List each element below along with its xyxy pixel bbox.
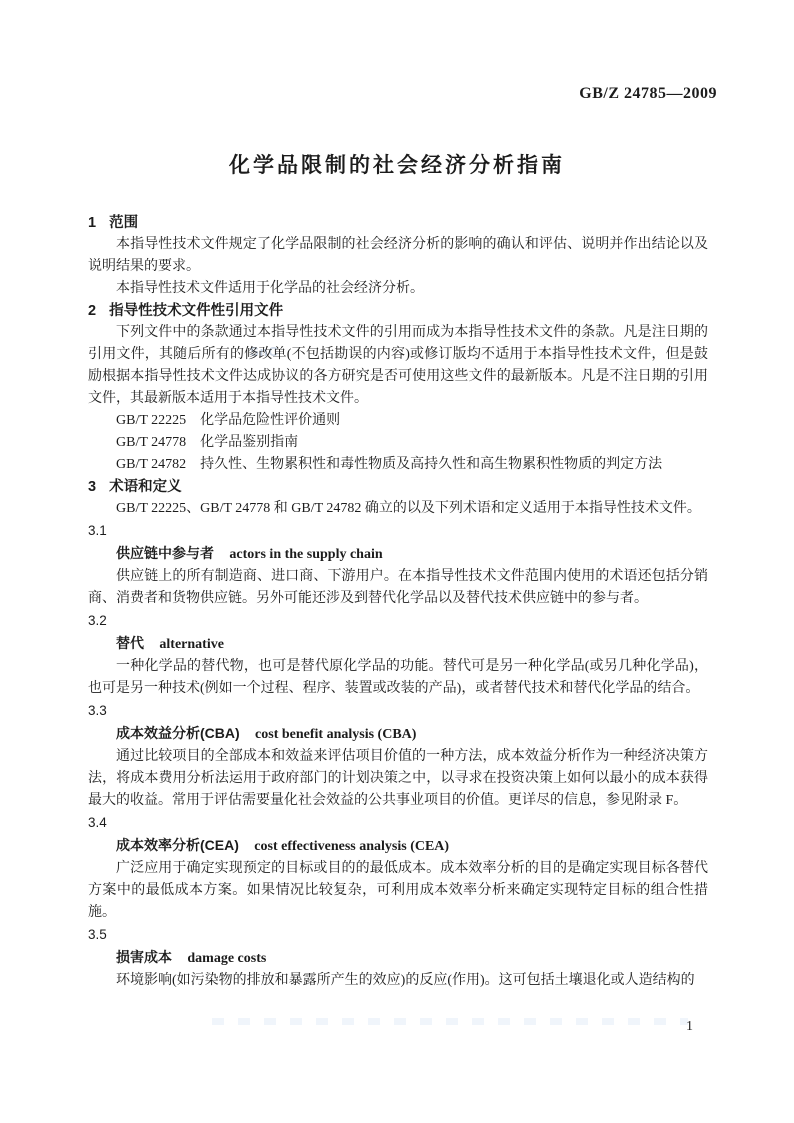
term-number: 3.2 — [88, 610, 708, 632]
term-chinese: 替代 — [116, 635, 144, 651]
section-title: 范围 — [109, 215, 138, 231]
reference-title: 化学品危险性评价通则 — [200, 413, 340, 428]
reference-code: GB/T 24778 — [116, 435, 186, 450]
terms-intro: GB/T 22225、GB/T 24778 和 GB/T 24782 确立的以及… — [88, 498, 708, 520]
section-title: 术语和定义 — [109, 479, 182, 495]
term-heading: 供应链中参与者actors in the supply chain — [88, 542, 708, 566]
term-heading: 成本效益分析(CBA)cost benefit analysis (CBA) — [88, 722, 708, 746]
term-definition: 广泛应用于确定实现预定的目标或目的的最低成本。成本效率分析的目的是确定实现目标各… — [88, 858, 708, 924]
term-definition: 通过比较项目的全部成本和效益来评估项目价值的一种方法，成本效益分析作为一种经济决… — [88, 746, 708, 812]
term-english: actors in the supply chain — [229, 547, 382, 562]
reference-item: GB/T 24782持久性、生物累积性和毒性物质及高持久性和高生物累积性物质的判… — [88, 454, 708, 476]
term-heading: 成本效率分析(CEA)cost effectiveness analysis (… — [88, 834, 708, 858]
term-chinese: 成本效率分析(CEA) — [116, 837, 239, 853]
section-number: 1 — [88, 215, 96, 231]
reference-code: GB/T 22225 — [116, 413, 186, 428]
section-title: 指导性技术文件性引用文件 — [109, 303, 283, 319]
section-2-heading: 2指导性技术文件性引用文件 — [88, 300, 708, 322]
scope-paragraph-2: 本指导性技术文件适用于化学品的社会经济分析。 — [88, 278, 708, 300]
document-page: GB/Z 24785—2009 化学品限制的社会经济分析指南 SnC 1范围 本… — [0, 0, 794, 1123]
reference-item: GB/T 24778化学品鉴别指南 — [88, 432, 708, 454]
term-heading: 替代alternative — [88, 632, 708, 656]
faint-watermark-row — [212, 1018, 688, 1025]
term-chinese: 供应链中参与者 — [116, 545, 214, 561]
page-number: 1 — [686, 1019, 693, 1035]
term-number: 3.1 — [88, 520, 708, 542]
term-definition: 一种化学品的替代物，也可是替代原化学品的功能。替代可是另一种化学品(或另几种化学… — [88, 656, 708, 700]
term-number: 3.5 — [88, 924, 708, 946]
term-number: 3.3 — [88, 700, 708, 722]
section-3-heading: 3术语和定义 — [88, 476, 708, 498]
term-english: alternative — [159, 637, 224, 652]
reference-title: 持久性、生物累积性和毒性物质及高持久性和高生物累积性物质的判定方法 — [200, 457, 662, 472]
standard-code: GB/Z 24785—2009 — [579, 85, 717, 103]
section-number: 2 — [88, 303, 96, 319]
refs-paragraph: 下列文件中的条款通过本指导性技术文件的引用而成为本指导性技术文件的条款。凡是注日… — [88, 322, 708, 410]
term-chinese: 损害成本 — [116, 949, 172, 965]
section-1-heading: 1范围 — [88, 212, 708, 234]
term-definition: 环境影响(如污染物的排放和暴露所产生的效应)的反应(作用)。这可包括土壤退化或人… — [88, 970, 708, 992]
scope-paragraph-1: 本指导性技术文件规定了化学品限制的社会经济分析的影响的确认和评估、说明并作出结论… — [88, 234, 708, 278]
term-english: damage costs — [187, 951, 266, 966]
term-number: 3.4 — [88, 812, 708, 834]
section-number: 3 — [88, 479, 96, 495]
term-english: cost benefit analysis (CBA) — [255, 727, 416, 742]
term-chinese: 成本效益分析(CBA) — [116, 725, 240, 741]
term-heading: 损害成本damage costs — [88, 946, 708, 970]
reference-code: GB/T 24782 — [116, 457, 186, 472]
reference-title: 化学品鉴别指南 — [200, 435, 298, 450]
document-body: 1范围 本指导性技术文件规定了化学品限制的社会经济分析的影响的确认和评估、说明并… — [88, 212, 708, 992]
document-title: 化学品限制的社会经济分析指南 — [0, 149, 794, 179]
term-english: cost effectiveness analysis (CEA) — [254, 839, 449, 854]
reference-item: GB/T 22225化学品危险性评价通则 — [88, 410, 708, 432]
term-definition: 供应链上的所有制造商、进口商、下游用户。在本指导性技术文件范围内使用的术语还包括… — [88, 566, 708, 610]
